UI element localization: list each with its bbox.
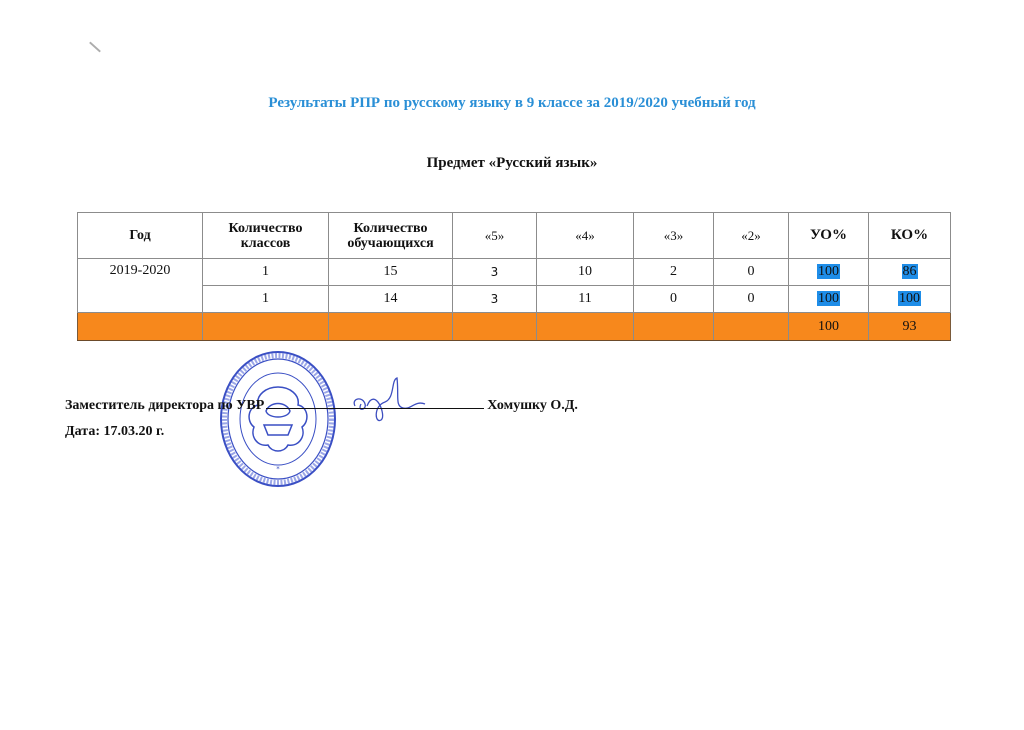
header-uo: УО% <box>789 213 869 259</box>
subject-heading: Предмет «Русский язык» <box>0 155 1024 172</box>
total-cell <box>453 313 537 341</box>
signatory-name: Хомушку О.Д. <box>487 398 578 413</box>
cell-uo: 100 <box>789 259 869 286</box>
uo-value: 100 <box>817 264 840 279</box>
ko-value: 100 <box>898 291 921 306</box>
scan-mark <box>89 42 101 53</box>
cell-grade2: 0 <box>714 286 789 313</box>
cell-students: 14 <box>329 286 453 313</box>
svg-text:*: * <box>276 465 280 473</box>
signature-underline <box>266 396 484 409</box>
total-cell <box>714 313 789 341</box>
total-row: 100 93 <box>78 313 951 341</box>
header-row: Год Количество классов Количество обучаю… <box>78 213 951 259</box>
table-row: 1 14 3 11 0 0 100 100 <box>78 286 951 313</box>
date-label: Дата: 17.03.20 г. <box>65 424 164 440</box>
position-label: Заместитель директора по УВР <box>65 398 264 413</box>
cell-uo: 100 <box>789 286 869 313</box>
cell-grade4: 10 <box>537 259 634 286</box>
cell-year: 2019-2020 <box>78 259 203 313</box>
table-row: 2019-2020 1 15 3 10 2 0 100 86 <box>78 259 951 286</box>
ko-value: 86 <box>902 264 918 279</box>
header-students: Количество обучающихся <box>329 213 453 259</box>
total-cell <box>78 313 203 341</box>
header-ko: КО% <box>869 213 951 259</box>
header-grade2: «2» <box>714 213 789 259</box>
cell-classes: 1 <box>203 259 329 286</box>
cell-grade5: 3 <box>453 259 537 286</box>
results-table: Год Количество классов Количество обучаю… <box>77 212 951 341</box>
total-cell <box>537 313 634 341</box>
signature-line: Заместитель директора по УВРХомушку О.Д. <box>65 396 578 414</box>
header-year: Год <box>78 213 203 259</box>
cell-grade3: 0 <box>634 286 714 313</box>
uo-value: 100 <box>817 291 840 306</box>
document-title: Результаты РПР по русскому языку в 9 кла… <box>0 95 1024 112</box>
total-cell <box>329 313 453 341</box>
header-grade4: «4» <box>537 213 634 259</box>
header-grade3: «3» <box>634 213 714 259</box>
total-uo: 100 <box>789 313 869 341</box>
header-grade5: «5» <box>453 213 537 259</box>
total-ko: 93 <box>869 313 951 341</box>
cell-classes: 1 <box>203 286 329 313</box>
cell-grade5: 3 <box>453 286 537 313</box>
cell-ko: 100 <box>869 286 951 313</box>
total-cell <box>634 313 714 341</box>
cell-grade2: 0 <box>714 259 789 286</box>
cell-students: 15 <box>329 259 453 286</box>
cell-grade4: 11 <box>537 286 634 313</box>
total-cell <box>203 313 329 341</box>
cell-ko: 86 <box>869 259 951 286</box>
cell-grade3: 2 <box>634 259 714 286</box>
header-classes: Количество классов <box>203 213 329 259</box>
